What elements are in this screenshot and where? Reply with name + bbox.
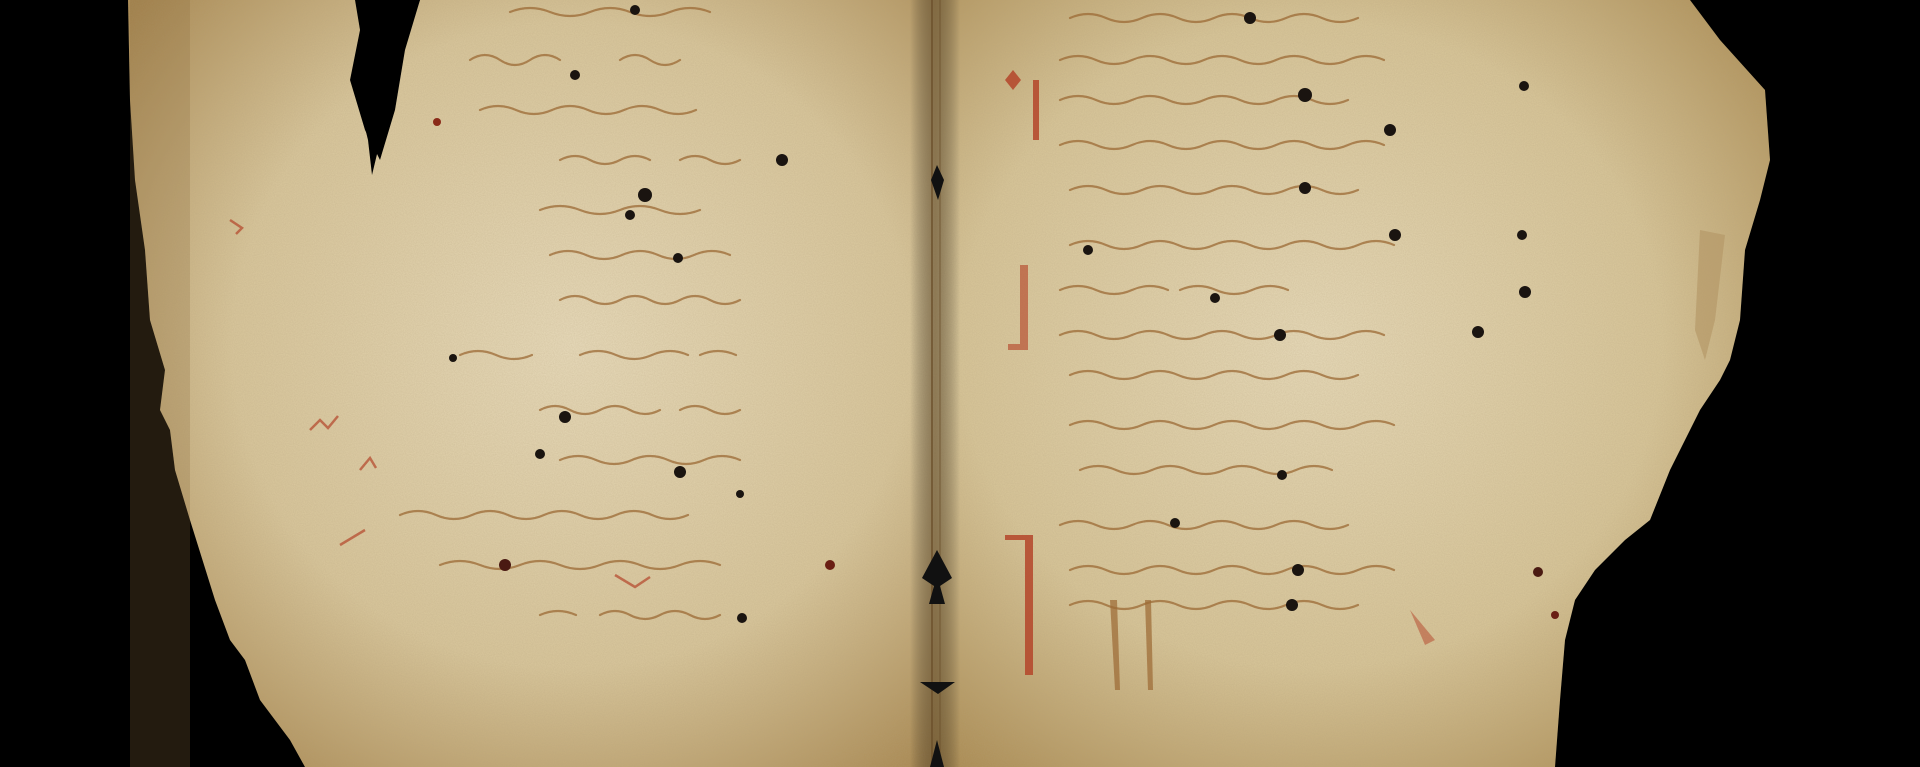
rubric-initial (1025, 535, 1033, 675)
rubric-initial (1033, 80, 1039, 140)
right-page (935, 0, 1770, 767)
manuscript-photo (0, 0, 1920, 767)
manuscript-illustration (0, 0, 1920, 767)
spine-gutter (910, 0, 960, 767)
left-page (128, 0, 935, 767)
